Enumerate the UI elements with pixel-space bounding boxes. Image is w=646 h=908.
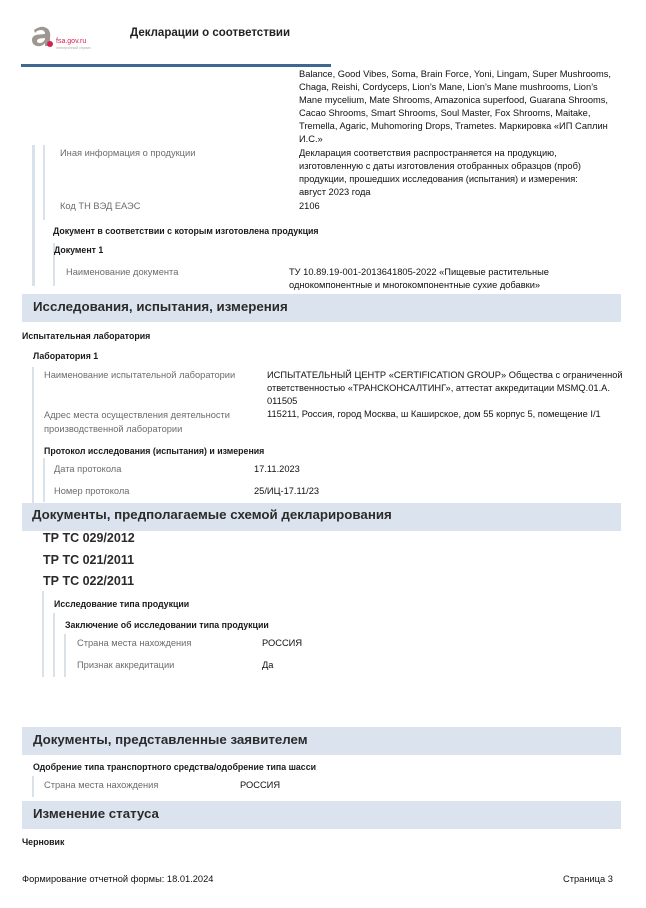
doc-name-value: ТУ 10.89.19-001-2013641805-2022 «Пищевые… [289, 266, 629, 292]
lab-group-title: Испытательная лаборатория [22, 330, 150, 343]
logo-site-text: fsa.gov.ru [56, 38, 86, 45]
indent-bar [53, 613, 55, 677]
regulation-item: ТР ТС 022/2011 [43, 574, 134, 588]
section-scheme-docs: Документы, предполагаемые схемой деклари… [22, 503, 621, 531]
section-applicant-docs: Документы, представленные заявителем [22, 727, 621, 755]
protocol-title: Протокол исследования (испытания) и изме… [44, 445, 264, 458]
protocol-number-value: 25/ИЦ-17.11/23 [254, 485, 319, 498]
accreditation-value: Да [262, 659, 273, 672]
lab-address-value: 115211, Россия, город Москва, ш Каширско… [267, 408, 637, 421]
lab-name-label: Наименование испытательной лаборатории [44, 369, 235, 382]
protocol-date-label: Дата протокола [54, 463, 121, 476]
indent-bar [32, 776, 34, 797]
indent-bar [43, 145, 45, 220]
report-generated-date: Формирование отчетной формы: 18.01.2024 [22, 873, 213, 886]
country-label: Страна места нахождения [77, 637, 191, 650]
lab1-title: Лаборатория 1 [33, 350, 98, 363]
conclusion-title: Заключение об исследовании типа продукци… [65, 619, 269, 632]
accreditation-label: Признак аккредитации [77, 659, 174, 672]
product-names-value: Balance, Good Vibes, Soma, Brain Force, … [299, 68, 639, 146]
header-divider [21, 64, 331, 67]
other-info-value: Декларация соответствия распространяется… [299, 147, 639, 199]
indent-bar [32, 145, 35, 286]
tn-ved-value: 2106 [299, 200, 320, 213]
protocol-number-label: Номер протокола [54, 485, 129, 498]
page-number: Страница 3 [563, 873, 613, 886]
other-info-label: Иная информация о продукции [60, 147, 195, 160]
applicant-country-label: Страна места нахождения [44, 779, 158, 792]
section-scheme-docs-title: Документы, предполагаемые схемой деклари… [32, 507, 392, 522]
indent-bar [42, 591, 44, 677]
approval-title: Одобрение типа транспортного средства/од… [33, 761, 316, 774]
section-status-change-title: Изменение статуса [33, 806, 159, 821]
regulation-item: ТР ТС 029/2012 [43, 531, 135, 545]
indent-bar [32, 367, 34, 504]
regulation-item: ТР ТС 021/2011 [43, 553, 134, 567]
section-applicant-docs-title: Документы, представленные заявителем [33, 732, 308, 747]
doc1-title: Документ 1 [54, 244, 103, 257]
doc-name-label: Наименование документа [66, 266, 178, 279]
lab-name-value: ИСПЫТАТЕЛЬНЫЙ ЦЕНТР «CERTIFICATION GROUP… [267, 369, 637, 408]
doc-group-title: Документ в соответствии с которым изгото… [53, 225, 319, 238]
status-value: Черновик [22, 836, 64, 849]
section-research-title: Исследования, испытания, измерения [33, 299, 288, 314]
country-value: РОССИЯ [262, 637, 302, 650]
section-status-change: Изменение статуса [22, 801, 621, 829]
applicant-country-value: РОССИЯ [240, 779, 280, 792]
indent-bar [64, 634, 66, 677]
page-title: Декларации о соответствии [130, 27, 290, 39]
logo-dot [47, 41, 53, 47]
protocol-date-value: 17.11.2023 [254, 463, 300, 476]
type-study-title: Исследование типа продукции [54, 598, 189, 611]
logo-subtitle: электронный сервис [56, 46, 91, 50]
indent-bar [43, 458, 45, 502]
lab-address-label: Адрес места осуществления деятельности п… [44, 408, 230, 436]
tn-ved-label: Код ТН ВЭД ЕАЭС [60, 200, 140, 213]
section-research: Исследования, испытания, измерения [22, 294, 621, 322]
